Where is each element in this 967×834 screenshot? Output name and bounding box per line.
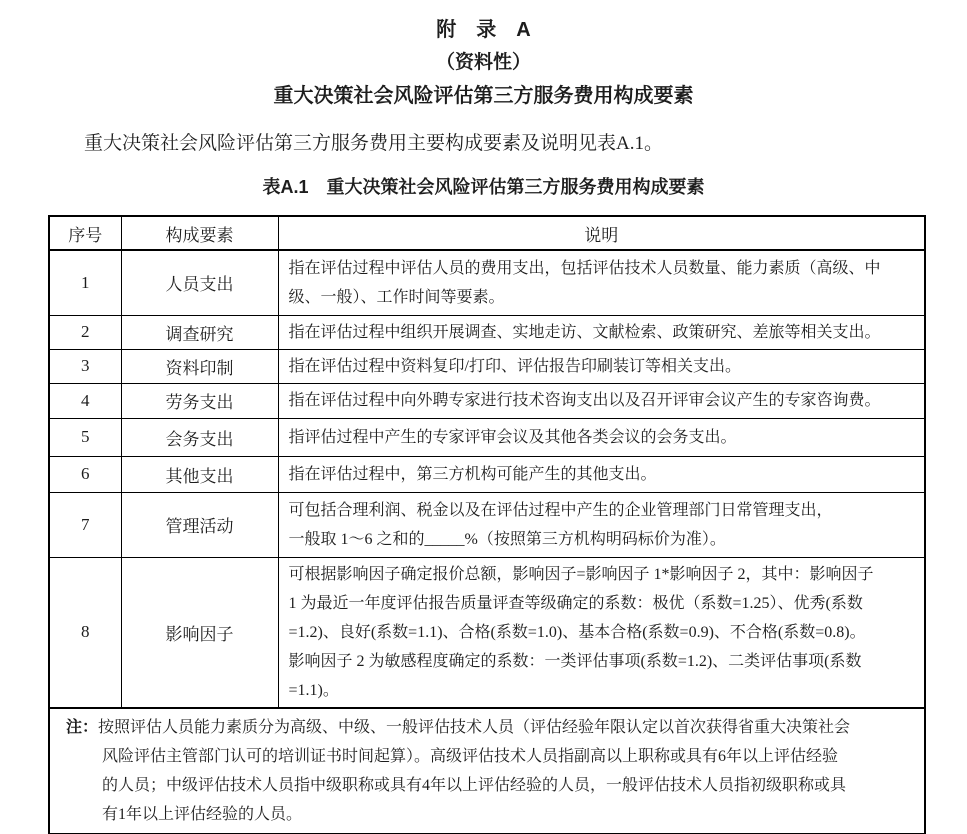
row-element: 人员支出: [121, 250, 278, 315]
row-element: 管理活动: [121, 492, 278, 557]
table-row: 1 人员支出 指在评估过程中评估人员的费用支出，包括评估技术人员数量、能力素质（…: [49, 250, 925, 315]
row-number: 7: [49, 492, 121, 557]
table-row: 3 资料印制 指在评估过程中资料复印/打印、评估报告印刷装订等相关支出。: [49, 349, 925, 383]
appendix-title: 重大决策社会风险评估第三方服务费用构成要素: [0, 82, 967, 110]
row-element: 会务支出: [121, 418, 278, 456]
row-description: 指在评估过程中评估人员的费用支出，包括评估技术人员数量、能力素质（高级、中 级、…: [278, 250, 925, 315]
row-number: 5: [49, 418, 121, 456]
row-number: 4: [49, 383, 121, 418]
table-header-row: 序号 构成要素 说明: [49, 216, 925, 250]
appendix-type: （资料性）: [0, 50, 967, 76]
header-description: 说明: [278, 216, 925, 250]
appendix-label: 附 录 A: [0, 16, 967, 44]
table-row: 7 管理活动 可包括合理利润、税金以及在评估过程中产生的企业管理部门日常管理支出…: [49, 492, 925, 557]
row-number: 8: [49, 557, 121, 708]
table-row: 8 影响因子 可根据影响因子确定报价总额，影响因子=影响因子 1*影响因子 2，…: [49, 557, 925, 708]
row-element: 其他支出: [121, 456, 278, 492]
row-number: 6: [49, 456, 121, 492]
row-description: 指评估过程中产生的专家评审会议及其他各类会议的会务支出。: [278, 418, 925, 456]
row-element: 影响因子: [121, 557, 278, 708]
row-description: 指在评估过程中，第三方机构可能产生的其他支出。: [278, 456, 925, 492]
intro-paragraph: 重大决策社会风险评估第三方服务费用主要构成要素及说明见表A.1。: [46, 130, 921, 158]
table-row: 5 会务支出 指评估过程中产生的专家评审会议及其他各类会议的会务支出。: [49, 418, 925, 456]
table-row: 4 劳务支出 指在评估过程中向外聘专家进行技术咨询支出以及召开评审会议产生的专家…: [49, 383, 925, 418]
row-description: 指在评估过程中组织开展调查、实地走访、文献检索、政策研究、差旅等相关支出。: [278, 315, 925, 349]
row-number: 1: [49, 250, 121, 315]
table-caption: 表A.1 重大决策社会风险评估第三方服务费用构成要素: [0, 175, 967, 199]
row-description: 指在评估过程中资料复印/打印、评估报告印刷装订等相关支出。: [278, 349, 925, 383]
row-element: 劳务支出: [121, 383, 278, 418]
header-number: 序号: [49, 216, 121, 250]
row-number: 3: [49, 349, 121, 383]
note-text: 按照评估人员能力素质分为高级、中级、一般评估技术人员（评估经验年限认定以首次获得…: [98, 719, 850, 823]
table-note: 注：按照评估人员能力素质分为高级、中级、一般评估技术人员（评估经验年限认定以首次…: [66, 713, 908, 829]
row-description: 指在评估过程中向外聘专家进行技术咨询支出以及召开评审会议产生的专家咨询费。: [278, 383, 925, 418]
table-row: 2 调查研究 指在评估过程中组织开展调查、实地走访、文献检索、政策研究、差旅等相…: [49, 315, 925, 349]
document-page: 附 录 A （资料性） 重大决策社会风险评估第三方服务费用构成要素 重大决策社会…: [0, 16, 967, 834]
row-element: 资料印制: [121, 349, 278, 383]
note-row: 注：按照评估人员能力素质分为高级、中级、一般评估技术人员（评估经验年限认定以首次…: [49, 708, 925, 834]
table-row: 6 其他支出 指在评估过程中，第三方机构可能产生的其他支出。: [49, 456, 925, 492]
header-element: 构成要素: [121, 216, 278, 250]
row-element: 调查研究: [121, 315, 278, 349]
row-description: 可包括合理利润、税金以及在评估过程中产生的企业管理部门日常管理支出， 一般取 1…: [278, 492, 925, 557]
row-number: 2: [49, 315, 121, 349]
note-label: 注：: [66, 719, 98, 736]
row-description: 可根据影响因子确定报价总额，影响因子=影响因子 1*影响因子 2，其中：影响因子…: [278, 557, 925, 708]
cost-elements-table: 序号 构成要素 说明 1 人员支出 指在评估过程中评估人员的费用支出，包括评估技…: [48, 215, 926, 834]
